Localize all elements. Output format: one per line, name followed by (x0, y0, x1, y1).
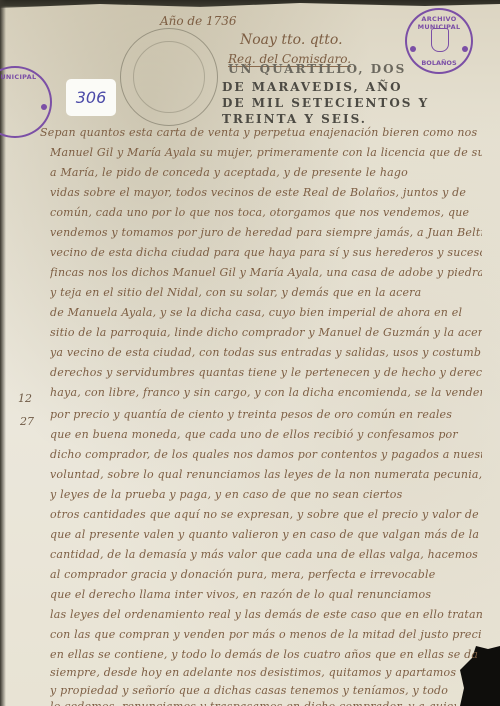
body-line: otros cantidades que aquí no se expresan… (50, 508, 482, 521)
header-annotation-1: Noay tto. qtto. (240, 32, 343, 48)
body-line: Sepan quantos esta carta de venta y perp… (40, 126, 482, 139)
body-line: derechos y servidumbres quantas tiene y … (50, 366, 482, 379)
body-line: dicho comprador, de los quales nos damos… (50, 448, 482, 461)
header-year-note: Año de 1736 (160, 14, 237, 28)
printed-heading-line-3: DE MIL SETECIENTOS Y (222, 96, 429, 110)
printed-heading-line-1: UN QUARTILLO, DOS (228, 62, 406, 76)
body-line: fincas nos los dichos Manuel Gil y María… (50, 266, 482, 279)
coat-of-arms-icon (431, 28, 449, 52)
stamp-bottom-text: BOLAÑOS (407, 59, 471, 67)
body-line: con las que compran y venden por más o m… (50, 628, 482, 641)
body-line: común, cada uno por lo que nos toca, oto… (50, 206, 482, 219)
body-line: vendemos y tomamos por juro de heredad p… (50, 226, 482, 239)
body-line: y teja en el sitio del Nidal, con su sol… (50, 286, 482, 299)
printed-heading-line-4: TREINTA Y SEIS. (222, 112, 367, 126)
body-line: haya, con libre, franco y sin cargo, y c… (50, 386, 482, 399)
archive-stamp-bolanos: ARCHIVO MUNICIPAL BOLAÑOS (405, 8, 473, 74)
body-line: cantidad, de la demasía y más valor que … (50, 548, 482, 561)
stamp-dot-icon (462, 46, 468, 52)
body-line: que en buena moneda, que cada uno de ell… (50, 428, 482, 441)
stamp-dot-icon (41, 104, 47, 110)
body-line: que al presente valen y quanto valieron … (50, 528, 482, 541)
body-line: vecino de esta dicha ciudad para que hay… (50, 246, 482, 259)
body-line: al comprador gracia y donación pura, mer… (50, 568, 482, 581)
embossed-seal-icon (120, 28, 218, 126)
body-line: sitio de la parroquia, linde dicho compr… (50, 326, 482, 339)
body-line: por precio y quantía de ciento y treinta… (50, 408, 482, 421)
body-line: de Manuela Ayala, y se la dicha casa, cu… (50, 306, 482, 319)
printed-heading-line-2: DE MARAVEDIS, AÑO (222, 80, 403, 94)
body-line: lo cedemos, renunciamos y traspasamos en… (50, 700, 456, 706)
body-line: y leyes de la prueba y paga, y en caso d… (50, 488, 482, 501)
body-line: ya vecino de esta ciudad, con todas sus … (50, 346, 482, 359)
body-line: que el derecho llama inter vivos, en raz… (50, 588, 482, 601)
body-line: las leyes del ordenamiento real y las de… (50, 608, 482, 621)
stamp-left-text: MUNICIPAL (0, 73, 50, 81)
body-line: siempre, desde hoy en adelante nos desis… (50, 666, 456, 679)
body-line: voluntad, sobre lo qual renunciamos las … (50, 468, 482, 481)
body-line: vidas sobre el mayor, todos vecinos de e… (50, 186, 482, 199)
body-line: y propiedad y señorío que a dichas casas… (50, 684, 456, 697)
body-line: Manuel Gil y María Ayala su mujer, prime… (50, 146, 482, 159)
body-line: a María, le pido de conceda y aceptada, … (50, 166, 482, 179)
stamp-dot-icon (410, 46, 416, 52)
page-number-label: 306 (66, 79, 116, 116)
margin-note-2: 27 (20, 415, 34, 428)
margin-note-1: 12 (18, 392, 32, 405)
body-line: en ellas se contiene, y todo lo demás de… (50, 648, 482, 661)
